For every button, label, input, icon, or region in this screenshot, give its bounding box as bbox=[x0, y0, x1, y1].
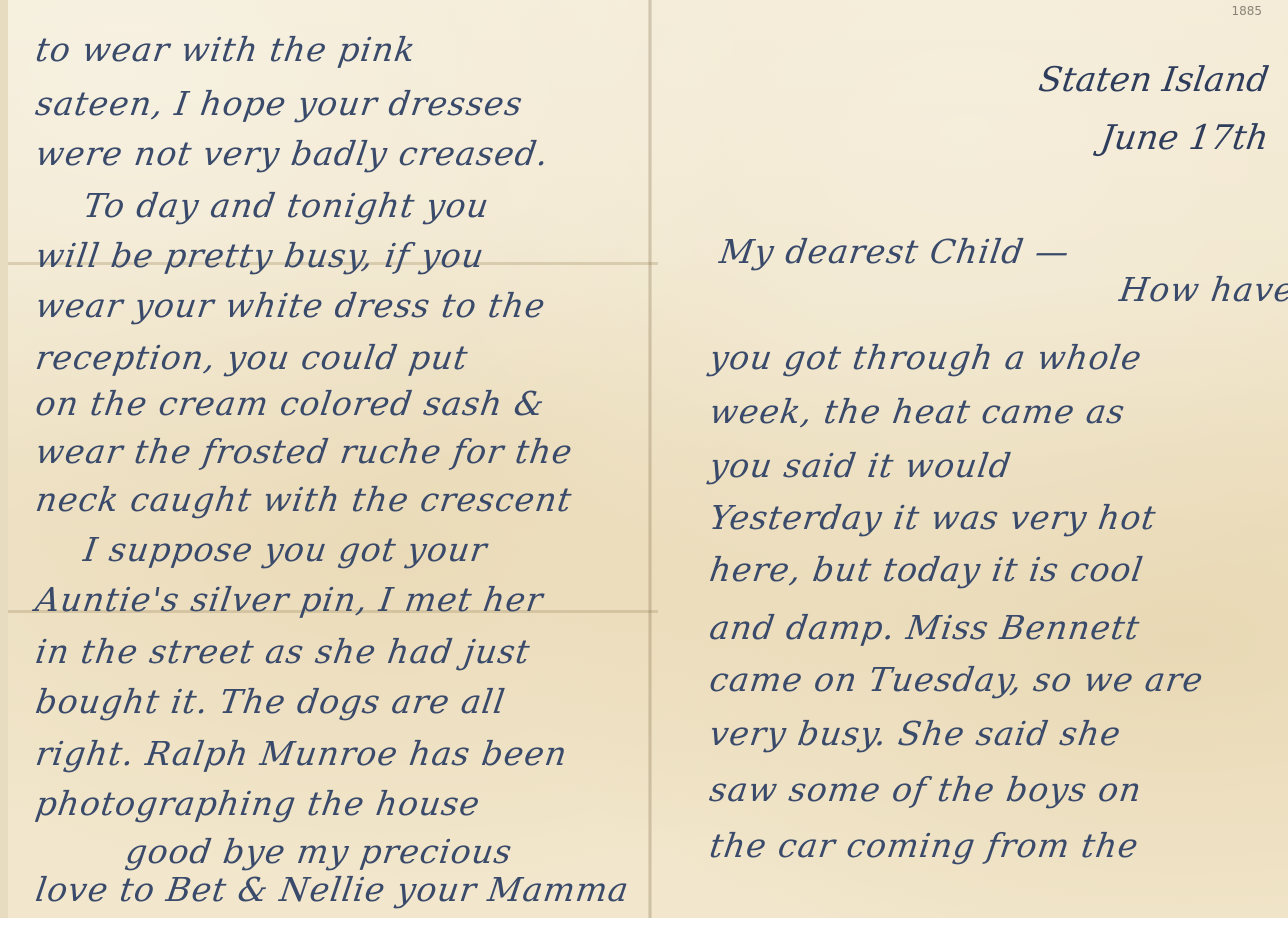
handwritten-line: I suppose you got your bbox=[33, 530, 490, 569]
letter-scan: to wear with the pink sateen, I hope you… bbox=[0, 0, 1288, 918]
handwritten-line: wear your white dress to the bbox=[33, 286, 548, 325]
handwritten-line: How have bbox=[1117, 270, 1288, 309]
handwritten-line: in the street as she had just bbox=[33, 632, 533, 671]
handwritten-line: To day and tonight you bbox=[33, 186, 492, 225]
handwritten-line: and damp. Miss Bennett bbox=[707, 608, 1142, 647]
handwritten-line: right. Ralph Munroe has been bbox=[33, 734, 570, 773]
handwritten-line: sateen, I hope your dresses bbox=[33, 84, 525, 123]
handwritten-line: here, but today it is cool bbox=[707, 550, 1146, 589]
letter-place: Staten Island bbox=[1036, 60, 1271, 100]
handwritten-line: week, the heat came as bbox=[707, 392, 1128, 431]
handwritten-line: came on Tuesday, so we are bbox=[707, 660, 1206, 699]
handwritten-line: reception, you could put bbox=[33, 338, 471, 377]
handwritten-line: were not very badly creased. bbox=[33, 134, 551, 173]
handwritten-line: very busy. She said she bbox=[707, 714, 1123, 753]
handwritten-line: neck caught with the crescent bbox=[33, 480, 574, 519]
year-annotation: 1885 bbox=[1231, 4, 1262, 18]
handwritten-line: on the cream colored sash & bbox=[33, 384, 547, 423]
salutation: My dearest Child — bbox=[717, 232, 1072, 271]
handwritten-line: to wear with the pink bbox=[33, 30, 418, 69]
handwritten-line: good bye my precious bbox=[33, 832, 515, 871]
handwritten-line: Auntie's silver pin, I met her bbox=[33, 580, 546, 619]
handwritten-line: you got through a whole bbox=[707, 338, 1144, 377]
handwritten-line: wear the frosted ruche for the bbox=[33, 432, 575, 471]
handwritten-line: the car coming from the bbox=[707, 826, 1141, 865]
handwritten-line: saw some of the boys on bbox=[707, 770, 1144, 809]
letter-date: June 17th bbox=[1098, 118, 1271, 158]
handwritten-line: Yesterday it was very hot bbox=[707, 498, 1158, 537]
handwritten-line: photographing the house bbox=[33, 784, 483, 823]
left-page: to wear with the pink sateen, I hope you… bbox=[0, 0, 650, 918]
right-page: 1885 Staten Island June 17th My dearest … bbox=[650, 0, 1288, 918]
handwritten-line: bought it. The dogs are all bbox=[33, 682, 508, 721]
handwritten-line: you said it would bbox=[707, 446, 1014, 485]
signature-line: love to Bet & Nellie your Mamma bbox=[33, 870, 631, 909]
handwritten-line: will be pretty busy, if you bbox=[33, 236, 487, 275]
